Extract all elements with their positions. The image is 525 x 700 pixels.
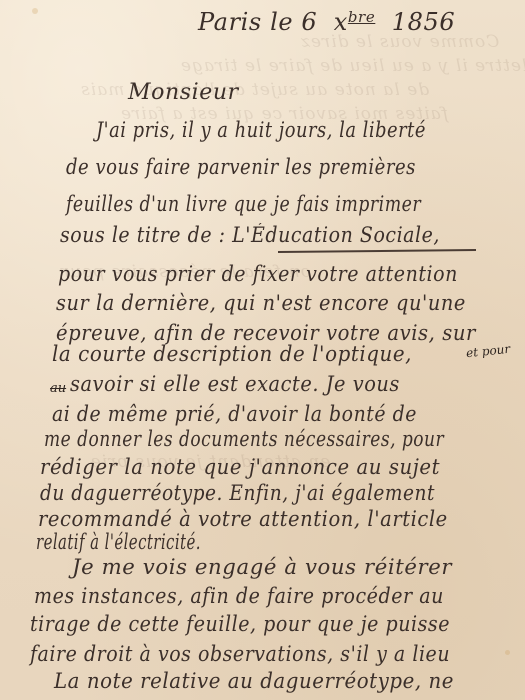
letter-line: rédiger la note que j'annonce au sujet (40, 455, 440, 479)
letter-line: sous le titre de : L'Éducation Sociale, (60, 223, 440, 247)
dateline-place: Paris le 6 (198, 8, 317, 36)
dateline: Paris le 6 xbre 1856 (198, 8, 455, 36)
title-underline (278, 249, 476, 253)
letter-line: de vous faire parvenir les premières (66, 155, 416, 179)
letter-line: faire droit à vos observations, s'il y a… (30, 642, 450, 666)
letter-line: relatif à l'électricité. (36, 530, 201, 554)
dateline-month-suffix: bre (348, 8, 375, 26)
letter-line: sur la dernière, qui n'est encore qu'une (56, 291, 466, 315)
letter-line: la courte description de l'optique, (52, 342, 412, 366)
dateline-year: 1856 (392, 8, 455, 36)
letter-line: recommandé à votre attention, l'article (38, 507, 448, 531)
letter-line: pour vous prier de fixer votre attention (58, 262, 458, 286)
letter-line: du daguerréotype. Enfin, j'ai également (40, 481, 435, 505)
letter-line: J'ai pris, il y a huit jours, la liberté (96, 118, 426, 142)
salutation: Monsieur (128, 80, 239, 105)
letter-line: Je me vois engagé à vous réitérer (72, 555, 452, 579)
letter-line: me donner les documents nécessaires, pou… (44, 427, 444, 451)
letter-line: La note relative au daguerréotype, ne (54, 669, 454, 693)
paper-stain (505, 650, 510, 655)
struck-word: au (50, 381, 66, 396)
letter-line: tirage de cette feuille, pour que je pui… (30, 612, 450, 636)
dateline-month-prefix: x (334, 8, 348, 36)
letter-line: savoir si elle est exacte. Je vous (70, 372, 400, 396)
letter-line: feuilles d'un livre que je fais imprimer (66, 192, 421, 216)
paper-stain (32, 8, 38, 14)
letter-line: mes instances, afin de faire procéder au (34, 584, 444, 608)
letter-page: Comme vous le direz lettre il y a eu lie… (0, 0, 525, 700)
letter-line: ai de même prié, d'avoir la bonté de (52, 402, 417, 426)
